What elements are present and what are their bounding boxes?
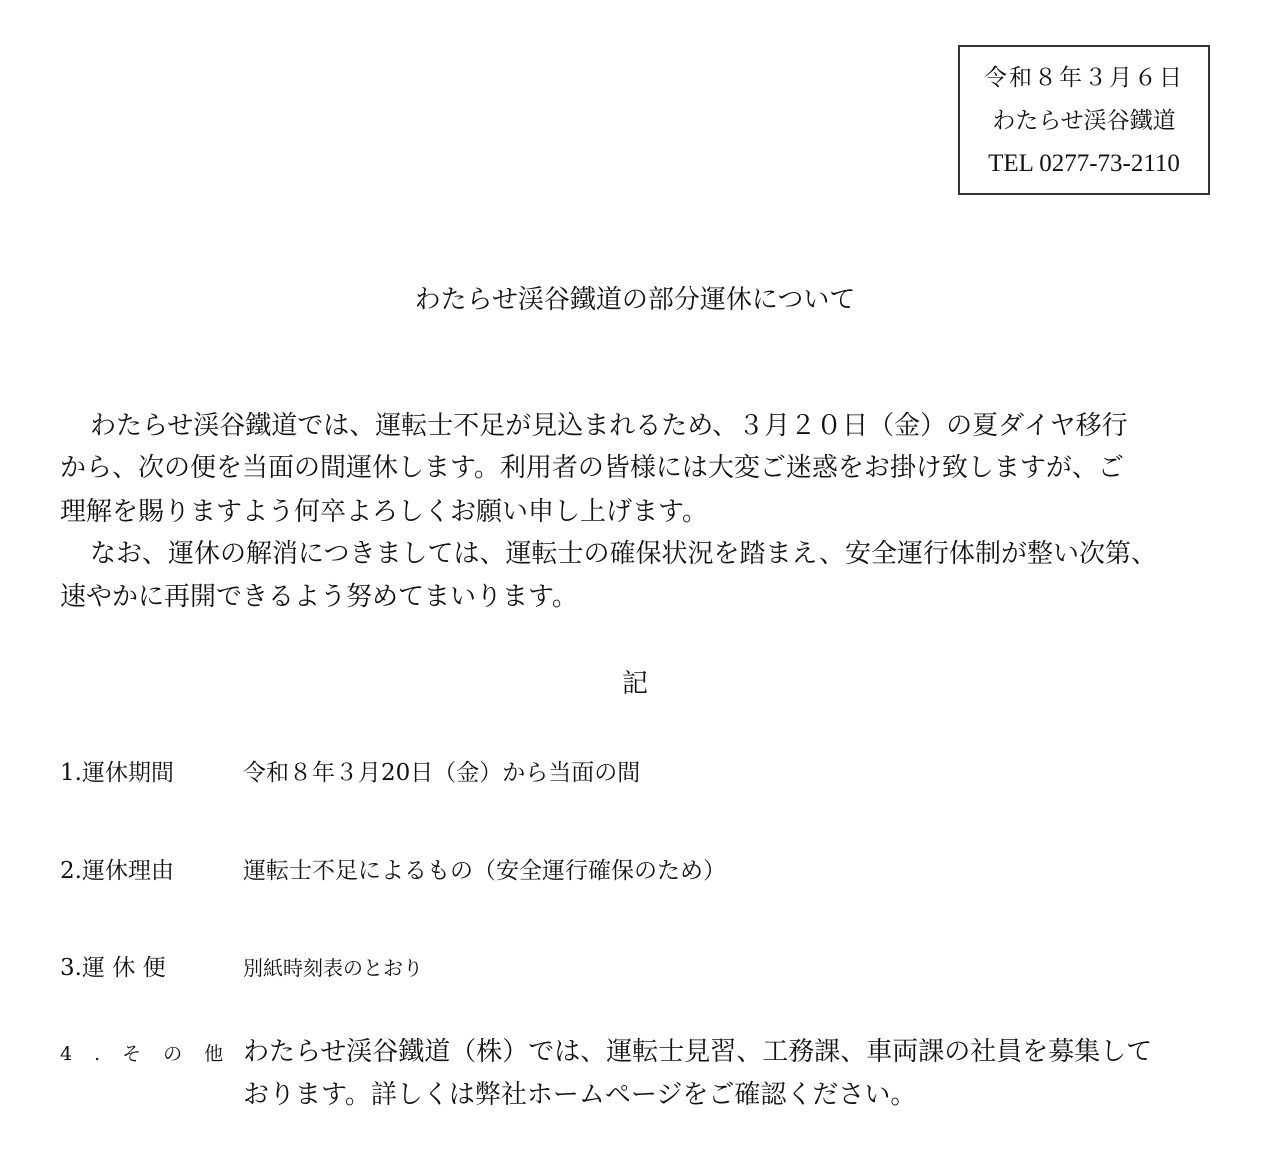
item-4-value-line-2: おります。詳しくは弊社ホームページをご確認ください。 <box>243 1077 916 1113</box>
issuer-box: 令和８年３月６日 わたらせ渓谷鐵道 TEL 0277-73-2110 <box>958 45 1210 195</box>
issuer-company: わたらせ渓谷鐵道 <box>960 106 1208 136</box>
item-3-value: 別紙時刻表のとおり <box>243 952 423 984</box>
item-1-label: 1.運休期間 <box>60 757 174 789</box>
paragraph-2-line-1: なお、運休の解消につきましては、運転士の確保状況を踏まえ、安全運行体制が整い次第… <box>90 536 1157 572</box>
ki-heading: 記 <box>0 666 1270 702</box>
item-2-value: 運転士不足によるもの（安全運行確保のため） <box>243 855 726 887</box>
paragraph-1-line-1: わたらせ渓谷鐵道では、運転士不足が見込まれるため、３月２０日（金）の夏ダイヤ移行 <box>90 408 1128 444</box>
document-title: わたらせ渓谷鐵道の部分運休について <box>0 282 1270 318</box>
paragraph-2-line-2: 速やかに再開できるよう努めてまいります。 <box>60 579 578 615</box>
issuer-phone: TEL 0277-73-2110 <box>960 149 1208 179</box>
item-4-value-line-1: わたらせ渓谷鐵道（株）では、運転士見習、工務課、車両課の社員を募集して <box>243 1034 1152 1070</box>
paragraph-1-line-3: 理解を賜りますよう何卒よろしくお願い申し上げます。 <box>60 494 708 530</box>
notice-document: 令和８年３月６日 わたらせ渓谷鐵道 TEL 0277-73-2110 わたらせ渓… <box>0 0 1270 1170</box>
item-3-label: 3.運 休 便 <box>60 952 166 984</box>
paragraph-1-line-2: から、次の便を当面の間運休します。利用者の皆様には大変ご迷惑をお掛け致しますが、… <box>60 450 1124 486</box>
item-4-label: 4.その他 <box>60 1038 245 1070</box>
item-1-value: 令和８年３月20日（金）から当面の間 <box>243 757 640 789</box>
issue-date: 令和８年３月６日 <box>960 63 1208 93</box>
item-2-label: 2.運休理由 <box>60 855 174 887</box>
